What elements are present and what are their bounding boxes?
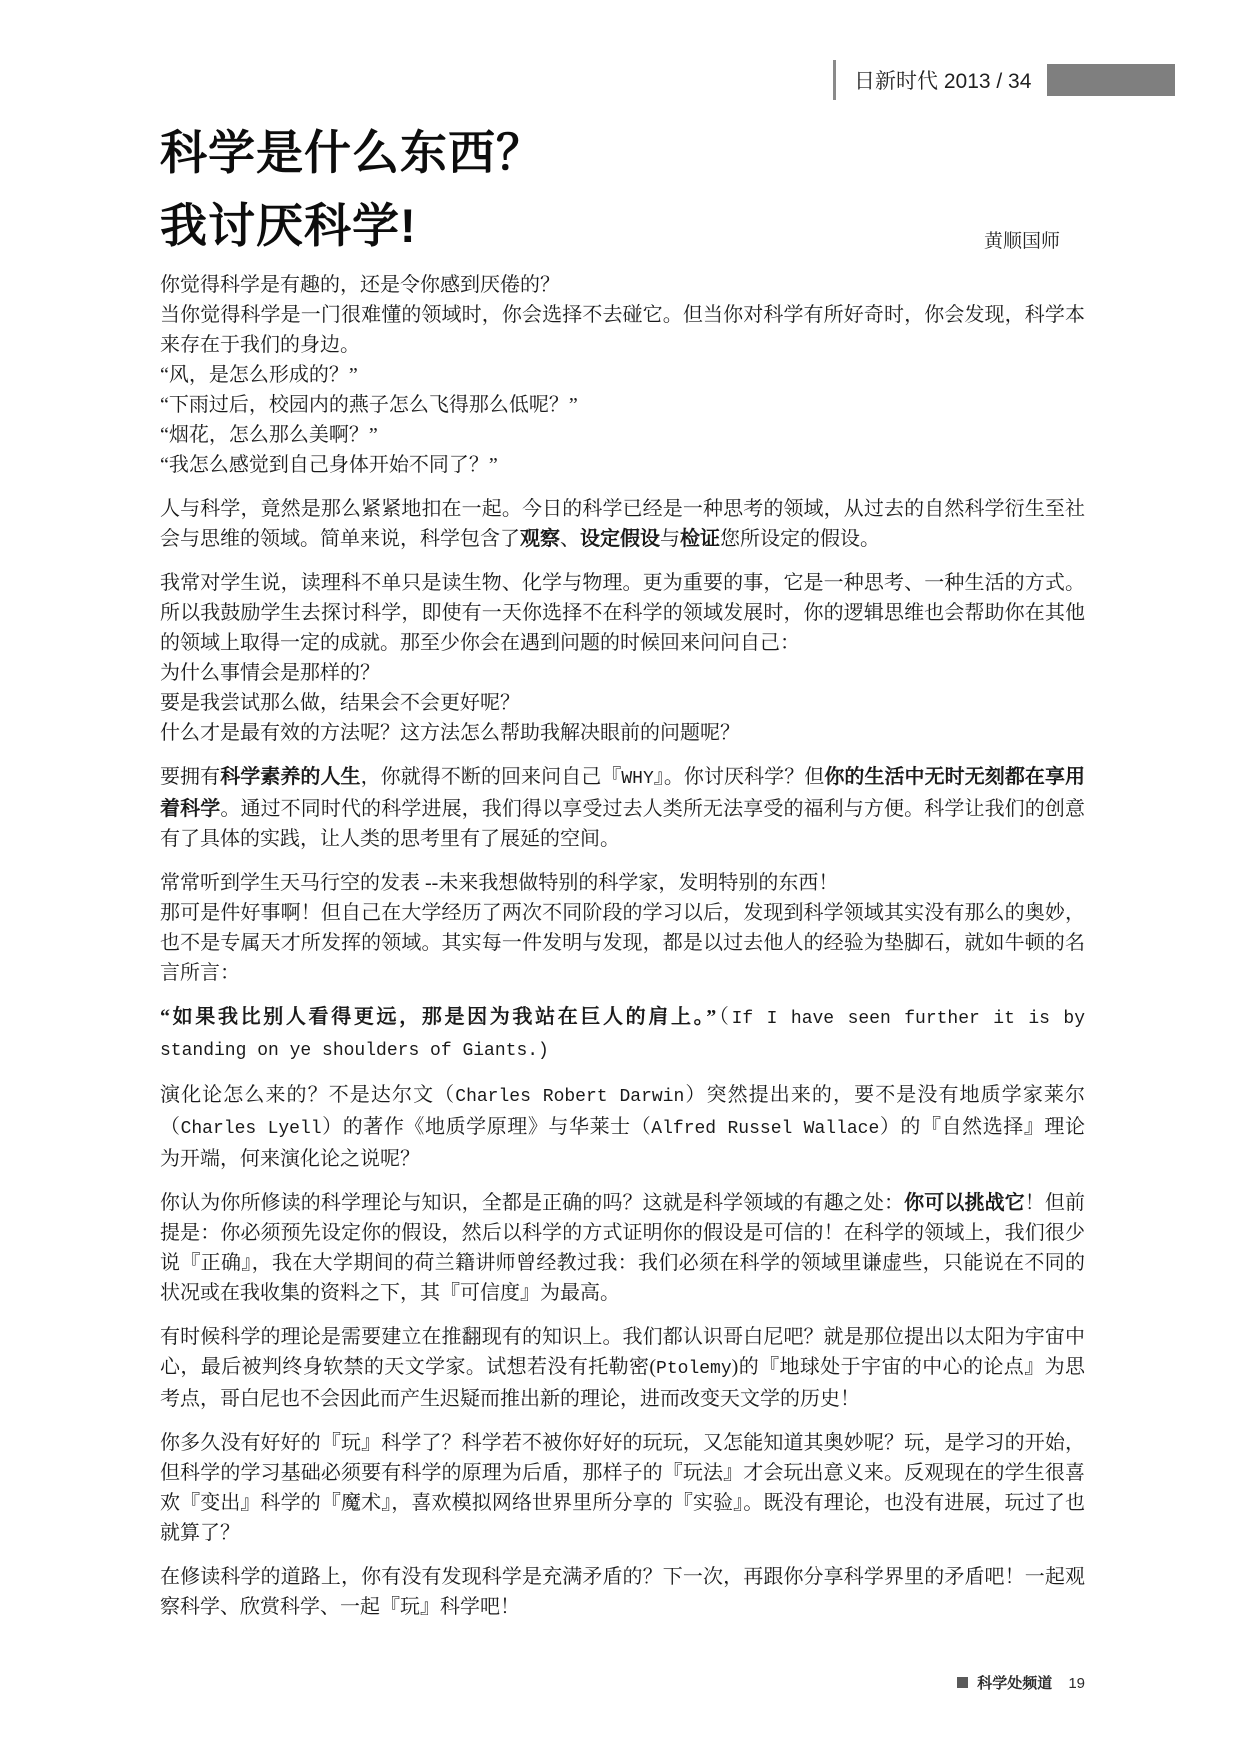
text-segment: 为什么事情会是那样的？ [160, 662, 380, 684]
text-segment: 你可以挑战它 [904, 1192, 1025, 1214]
text-segment: 与 [660, 528, 680, 550]
text-line: 为什么事情会是那样的？ [160, 658, 1085, 688]
text-segment: 常常听到学生天马行空的发表 --未来我想做特别的科学家，发明特别的东西！ [160, 872, 838, 894]
paragraph-block: 常常听到学生天马行空的发表 --未来我想做特别的科学家，发明特别的东西！那可是件… [160, 868, 1085, 988]
paragraph-block: 你觉得科学是有趣的，还是令你感到厌倦的？当你觉得科学是一门很难懂的领域时，你会选… [160, 270, 1085, 480]
text-segment: 检证 [680, 528, 720, 550]
text-line: “烟花，怎么那么美啊？” [160, 420, 1085, 450]
text-segment: 要拥有 [160, 766, 220, 788]
text-segment: Ptolemy [656, 1359, 732, 1379]
text-line: 我常对学生说，读理科不单只是读生物、化学与物理。更为重要的事，它是一种思考、一种… [160, 568, 1085, 658]
text-line: 常常听到学生天马行空的发表 --未来我想做特别的科学家，发明特别的东西！ [160, 868, 1085, 898]
text-line: 在修读科学的道路上，你有没有发现科学是充满矛盾的？下一次，再跟你分享科学界里的矛… [160, 1562, 1085, 1622]
paragraph-block: 演化论怎么来的？不是达尔文（Charles Robert Darwin）突然提出… [160, 1080, 1085, 1174]
text-segment: “风，是怎么形成的？” [160, 364, 358, 386]
page-header: 日新时代 2013 / 34 [833, 60, 1175, 100]
text-line: 要是我尝试那么做，结果会不会更好呢？ [160, 688, 1085, 718]
text-segment: 那可是件好事啊！但自己在大学经历了两次不同阶段的学习以后，发现到科学领域其实没有… [160, 902, 1085, 984]
text-segment: 演化论怎么来的？不是达尔文（ [160, 1084, 455, 1106]
text-line: 什么才是最有效的方法呢？这方法怎么帮助我解决眼前的问题呢？ [160, 718, 1085, 748]
paragraph-block: 在修读科学的道路上，你有没有发现科学是充满矛盾的？下一次，再跟你分享科学界里的矛… [160, 1562, 1085, 1622]
article-content: 你觉得科学是有趣的，还是令你感到厌倦的？当你觉得科学是一门很难懂的领域时，你会选… [160, 270, 1085, 1622]
footer-page-number: 19 [1068, 1675, 1085, 1692]
text-line: 你多久没有好好的『玩』科学了？科学若不被你好好的玩玩，又怎能知道其奥妙呢？玩，是… [160, 1428, 1085, 1548]
paragraph-block: 你多久没有好好的『玩』科学了？科学若不被你好好的玩玩，又怎能知道其奥妙呢？玩，是… [160, 1428, 1085, 1548]
paragraph-block: 有时候科学的理论是需要建立在推翻现有的知识上。我们都认识哥白尼吧？就是那位提出以… [160, 1322, 1085, 1414]
paragraph-block: 要拥有科学素养的人生，你就得不断的回来问自己『WHY』。你讨厌科学？但你的生活中… [160, 762, 1085, 854]
article-title-line1: 科学是什么东西？ [160, 116, 544, 189]
text-segment: “烟花，怎么那么美啊？” [160, 424, 378, 446]
text-line: 当你觉得科学是一门很难懂的领域时，你会选择不去碰它。但当你对科学有所好奇时，你会… [160, 300, 1085, 360]
paragraph-block: “如果我比别人看得更远，那是因为我站在巨人的肩上。”（If I have see… [160, 1002, 1085, 1066]
footer-square-icon [957, 1677, 968, 1688]
footer-channel-label: 科学处频道 [977, 1675, 1052, 1692]
text-line: 那可是件好事啊！但自己在大学经历了两次不同阶段的学习以后，发现到科学领域其实没有… [160, 898, 1085, 988]
text-segment: WHY [621, 769, 653, 789]
paragraph-block: 我常对学生说，读理科不单只是读生物、化学与物理。更为重要的事，它是一种思考、一种… [160, 568, 1085, 748]
text-segment: 观察 [520, 528, 560, 550]
text-segment: Alfred Russel Wallace [651, 1119, 879, 1139]
page-footer: 科学处频道19 [160, 1672, 1085, 1693]
header-divider-bar [833, 60, 836, 100]
issue-label: 日新时代 2013 / 34 [854, 65, 1031, 95]
text-line: 演化论怎么来的？不是达尔文（Charles Robert Darwin）突然提出… [160, 1080, 1085, 1174]
text-segment: 我常对学生说，读理科不单只是读生物、化学与物理。更为重要的事，它是一种思考、一种… [160, 572, 1085, 654]
text-segment: “如果我比别人看得更远，那是因为我站在巨人的肩上。” [160, 1006, 716, 1028]
text-segment: 你多久没有好好的『玩』科学了？科学若不被你好好的玩玩，又怎能知道其奥妙呢？玩，是… [160, 1432, 1085, 1544]
text-segment: 什么才是最有效的方法呢？这方法怎么帮助我解决眼前的问题呢？ [160, 722, 740, 744]
text-segment: 您所设定的假设。 [720, 528, 880, 550]
text-line: “如果我比别人看得更远，那是因为我站在巨人的肩上。”（If I have see… [160, 1002, 1085, 1066]
text-segment: 你认为你所修读的科学理论与知识，全都是正确的吗？这就是科学领域的有趣之处： [160, 1192, 904, 1214]
text-line: “我怎么感觉到自己身体开始不同了？” [160, 450, 1085, 480]
text-segment: ，你就得不断的回来问自己『 [361, 766, 622, 788]
article-author: 黄顺国师 [160, 226, 1060, 253]
text-line: 人与科学，竟然是那么紧紧地扣在一起。今日的科学已经是一种思考的领域，从过去的自然… [160, 494, 1085, 554]
text-segment: 要是我尝试那么做，结果会不会更好呢？ [160, 692, 520, 714]
text-line: 有时候科学的理论是需要建立在推翻现有的知识上。我们都认识哥白尼吧？就是那位提出以… [160, 1322, 1085, 1414]
text-segment: 你觉得科学是有趣的，还是令你感到厌倦的？ [160, 274, 560, 296]
text-segment: “我怎么感觉到自己身体开始不同了？” [160, 454, 498, 476]
text-line: “风，是怎么形成的？” [160, 360, 1085, 390]
text-segment: Charles Robert Darwin [455, 1087, 684, 1107]
text-line: 你觉得科学是有趣的，还是令你感到厌倦的？ [160, 270, 1085, 300]
text-segment: 当你觉得科学是一门很难懂的领域时，你会选择不去碰它。但当你对科学有所好奇时，你会… [160, 304, 1085, 356]
text-segment: 在修读科学的道路上，你有没有发现科学是充满矛盾的？下一次，再跟你分享科学界里的矛… [160, 1566, 1085, 1618]
text-segment: ）的著作《地质学原理》与华莱士（ [322, 1116, 652, 1138]
text-line: 你认为你所修读的科学理论与知识，全都是正确的吗？这就是科学领域的有趣之处：你可以… [160, 1188, 1085, 1308]
text-segment: （ [716, 1006, 731, 1028]
text-segment: 设定假设 [580, 528, 660, 550]
paragraph-block: 你认为你所修读的科学理论与知识，全都是正确的吗？这就是科学领域的有趣之处：你可以… [160, 1188, 1085, 1308]
text-line: 要拥有科学素养的人生，你就得不断的回来问自己『WHY』。你讨厌科学？但你的生活中… [160, 762, 1085, 854]
text-line: “下雨过后，校园内的燕子怎么飞得那么低呢？” [160, 390, 1085, 420]
text-segment: 科学素养的人生 [220, 766, 360, 788]
text-segment: 』。你讨厌科学？但 [654, 766, 825, 788]
paragraph-block: 人与科学，竟然是那么紧紧地扣在一起。今日的科学已经是一种思考的领域，从过去的自然… [160, 494, 1085, 554]
text-segment: Charles Lyell [181, 1119, 322, 1139]
text-segment: “下雨过后，校园内的燕子怎么飞得那么低呢？” [160, 394, 578, 416]
header-gray-block [1047, 64, 1175, 96]
text-segment: 、 [560, 528, 580, 550]
text-segment: 。通过不同时代的科学进展，我们得以享受过去人类所无法享受的福利与方便。科学让我们… [160, 798, 1085, 850]
